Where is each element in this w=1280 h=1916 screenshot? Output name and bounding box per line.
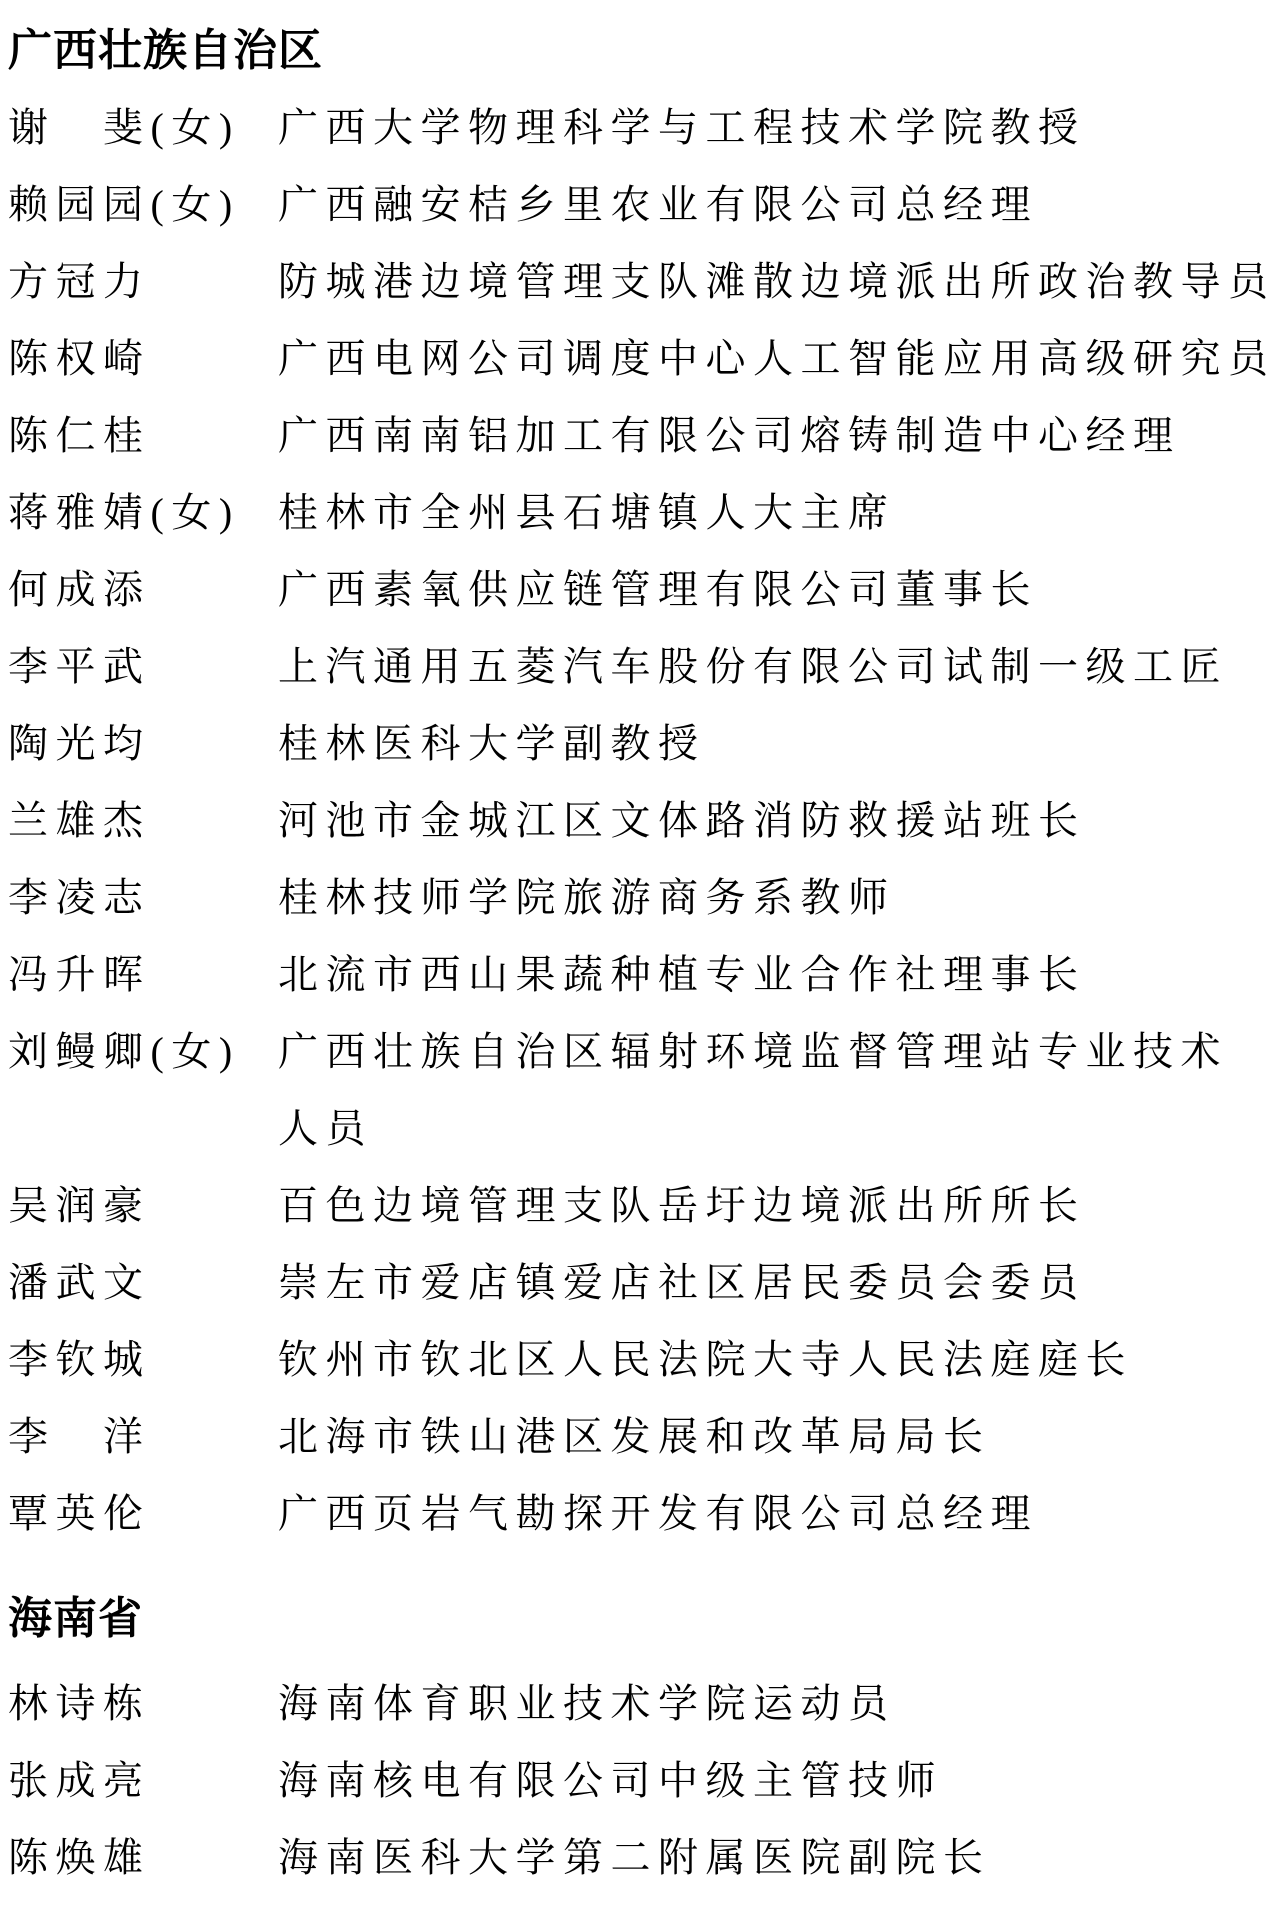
section-heading-guangxi: 广西壮族自治区 [8, 12, 1280, 89]
list-item: 覃英伦 广西页岩气勘探开发有限公司总经理 [8, 1475, 1280, 1552]
person-name: 何成添 [8, 551, 278, 628]
list-item: 赖园园(女) 广西融安桔乡里农业有限公司总经理 [8, 166, 1280, 243]
person-name: 陈仁桂 [8, 397, 278, 474]
person-title: 广西壮族自治区辐射环境监督管理站专业技术 人员 [278, 1013, 1280, 1167]
person-name: 陶光均 [8, 705, 278, 782]
person-title: 广西素氧供应链管理有限公司董事长 [278, 551, 1280, 628]
person-name: 吴润豪 [8, 1167, 278, 1244]
person-title: 桂林医科大学副教授 [278, 705, 1280, 782]
person-title: 河池市金城江区文体路消防救援站班长 [278, 782, 1280, 859]
list-item: 陶光均 桂林医科大学副教授 [8, 705, 1280, 782]
person-name: 谢 斐(女) [8, 89, 278, 166]
person-name: 兰雄杰 [8, 782, 278, 859]
person-name: 林诗栋 [8, 1665, 278, 1742]
person-name: 覃英伦 [8, 1475, 278, 1552]
person-name: 冯升晖 [8, 936, 278, 1013]
list-item: 林诗栋 海南体育职业技术学院运动员 [8, 1665, 1280, 1742]
person-name: 潘武文 [8, 1244, 278, 1321]
person-title: 广西南南铝加工有限公司熔铸制造中心经理 [278, 397, 1280, 474]
person-name: 李凌志 [8, 859, 278, 936]
person-name: 刘鳗卿(女) [8, 1013, 278, 1090]
list-item: 蒋雅婧(女) 桂林市全州县石塘镇人大主席 [8, 474, 1280, 551]
person-title: 桂林市全州县石塘镇人大主席 [278, 474, 1280, 551]
person-name: 陈焕雄 [8, 1819, 278, 1896]
person-name: 赖园园(女) [8, 166, 278, 243]
list-item: 李平武 上汽通用五菱汽车股份有限公司试制一级工匠 [8, 628, 1280, 705]
person-name: 方冠力 [8, 243, 278, 320]
list-item: 冯升晖 北流市西山果蔬种植专业合作社理事长 [8, 936, 1280, 1013]
person-title: 崇左市爱店镇爱店社区居民委员会委员 [278, 1244, 1280, 1321]
list-item: 李 洋 北海市铁山港区发展和改革局局长 [8, 1398, 1280, 1475]
person-title: 海南体育职业技术学院运动员 [278, 1665, 1280, 1742]
list-item: 何成添 广西素氧供应链管理有限公司董事长 [8, 551, 1280, 628]
person-name: 李平武 [8, 628, 278, 705]
person-name: 陈权崎 [8, 320, 278, 397]
person-title: 广西电网公司调度中心人工智能应用高级研究员 [278, 320, 1280, 397]
list-item: 陈仁桂 广西南南铝加工有限公司熔铸制造中心经理 [8, 397, 1280, 474]
person-title: 海南医科大学第二附属医院副院长 [278, 1819, 1280, 1896]
document-page: 广西壮族自治区 谢 斐(女) 广西大学物理科学与工程技术学院教授 赖园园(女) … [0, 0, 1280, 1916]
list-item: 李凌志 桂林技师学院旅游商务系教师 [8, 859, 1280, 936]
list-item: 谢 斐(女) 广西大学物理科学与工程技术学院教授 [8, 89, 1280, 166]
list-item: 方冠力 防城港边境管理支队滩散边境派出所政治教导员 [8, 243, 1280, 320]
person-name: 蒋雅婧(女) [8, 474, 278, 551]
person-title: 北海市铁山港区发展和改革局局长 [278, 1398, 1280, 1475]
person-title: 桂林技师学院旅游商务系教师 [278, 859, 1280, 936]
list-item: 李钦城 钦州市钦北区人民法院大寺人民法庭庭长 [8, 1321, 1280, 1398]
list-item: 兰雄杰 河池市金城江区文体路消防救援站班长 [8, 782, 1280, 859]
person-name: 李 洋 [8, 1398, 278, 1475]
list-item: 张成亮 海南核电有限公司中级主管技师 [8, 1742, 1280, 1819]
person-title: 北流市西山果蔬种植专业合作社理事长 [278, 936, 1280, 1013]
list-item: 吴润豪 百色边境管理支队岳圩边境派出所所长 [8, 1167, 1280, 1244]
list-item: 陈焕雄 海南医科大学第二附属医院副院长 [8, 1819, 1280, 1896]
list-item: 刘鳗卿(女) 广西壮族自治区辐射环境监督管理站专业技术 人员 [8, 1013, 1280, 1167]
person-title: 海南核电有限公司中级主管技师 [278, 1742, 1280, 1819]
person-title: 防城港边境管理支队滩散边境派出所政治教导员 [278, 243, 1280, 320]
person-name: 张成亮 [8, 1742, 278, 1819]
person-title: 钦州市钦北区人民法院大寺人民法庭庭长 [278, 1321, 1280, 1398]
person-title: 上汽通用五菱汽车股份有限公司试制一级工匠 [278, 628, 1280, 705]
list-item: 潘武文 崇左市爱店镇爱店社区居民委员会委员 [8, 1244, 1280, 1321]
person-name: 李钦城 [8, 1321, 278, 1398]
list-item: 陈权崎 广西电网公司调度中心人工智能应用高级研究员 [8, 320, 1280, 397]
person-title: 百色边境管理支队岳圩边境派出所所长 [278, 1167, 1280, 1244]
person-title: 广西融安桔乡里农业有限公司总经理 [278, 166, 1280, 243]
person-title: 广西大学物理科学与工程技术学院教授 [278, 89, 1280, 166]
person-title: 广西页岩气勘探开发有限公司总经理 [278, 1475, 1280, 1552]
section-heading-hainan: 海南省 [8, 1580, 1280, 1657]
